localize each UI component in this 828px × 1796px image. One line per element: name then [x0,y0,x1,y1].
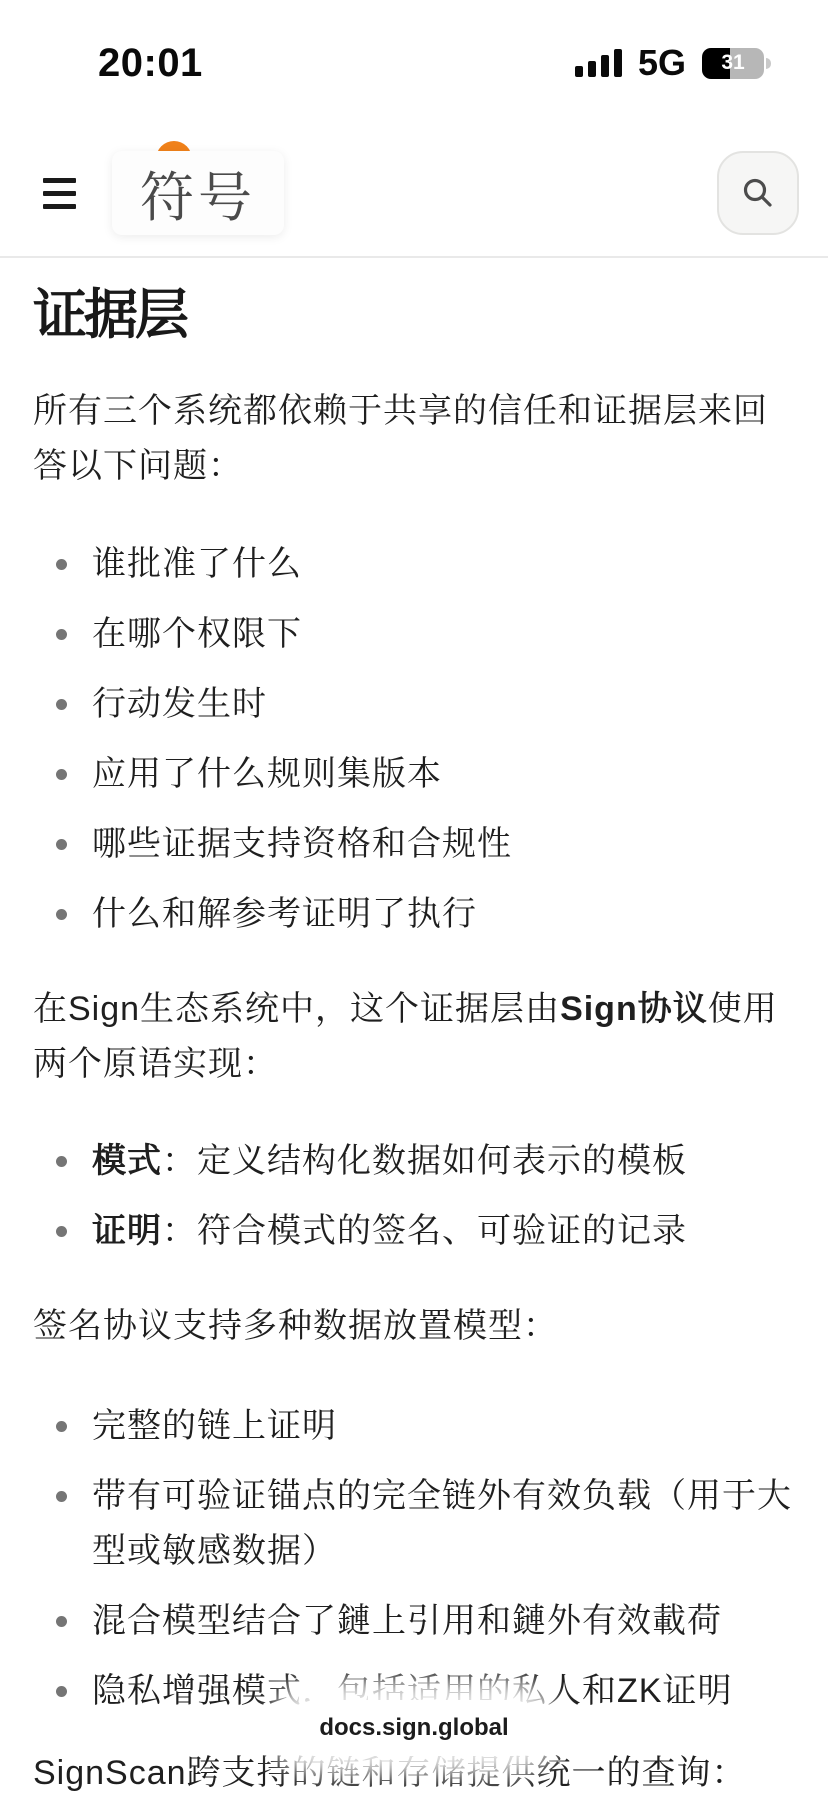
list-item: 证明：符合模式的签名、可验证的记录 [33,1204,795,1259]
logo-text: 符号 [112,151,284,235]
menu-button[interactable] [43,178,76,209]
battery-icon: 31 [702,48,764,79]
placement-models-list: 完整的链上证明 带有可验证锚点的完全链外有效负载（用于大型或敏感数据） 混合模型… [33,1399,795,1719]
status-indicators: 5G 31 [575,42,764,84]
primitives-list: 模式：定义结构化数据如何表示的模板 证明：符合模式的签名、可验证的记录 [33,1134,795,1259]
list-item: 完整的链上证明 [33,1399,795,1454]
list-item: 行动发生时 [33,677,795,732]
cellular-signal-icon [575,49,622,77]
page-title: 证据层 [33,280,795,350]
battery-percentage: 31 [702,48,764,79]
site-header: 符号 [0,130,828,258]
list-item: 模式：定义结构化数据如何表示的模板 [33,1134,795,1189]
list-item: 带有可验证锚点的完全链外有效负载（用于大型或敏感数据） [33,1469,795,1579]
status-bar: 20:01 5G 31 [0,0,828,112]
list-item: 什么和解参考证明了执行 [33,887,795,942]
ecosystem-paragraph: 在Sign生态系统中，这个证据层由Sign协议使用两个原语实现： [33,982,795,1092]
list-item: 谁批准了什么 [33,537,795,592]
list-item: 混合模型结合了鏈上引用和鏈外有效載荷 [33,1594,795,1649]
placement-paragraph: 签名协议支持多种数据放置模型： [33,1299,795,1354]
questions-list: 谁批准了什么 在哪个权限下 行动发生时 应用了什么规则集版本 哪些证据支持资格和… [33,537,795,942]
status-time: 20:01 [98,41,203,86]
url-bar-pill[interactable]: docs.sign.global [288,1700,540,1756]
intro-paragraph: 所有三个系统都依赖于共享的信任和证据层来回答以下问题： [33,384,795,494]
search-icon [739,174,777,212]
battery-cap [766,58,771,69]
network-type-label: 5G [638,42,686,84]
list-item: 在哪个权限下 [33,607,795,662]
article-content: 证据层 所有三个系统都依赖于共享的信任和证据层来回答以下问题： 谁批准了什么 在… [0,260,828,1796]
site-logo[interactable]: 符号 [112,151,284,235]
search-button[interactable] [717,151,799,235]
list-item: 应用了什么规则集版本 [33,747,795,802]
hamburger-icon [43,178,76,183]
list-item: 哪些证据支持资格和合规性 [33,817,795,872]
